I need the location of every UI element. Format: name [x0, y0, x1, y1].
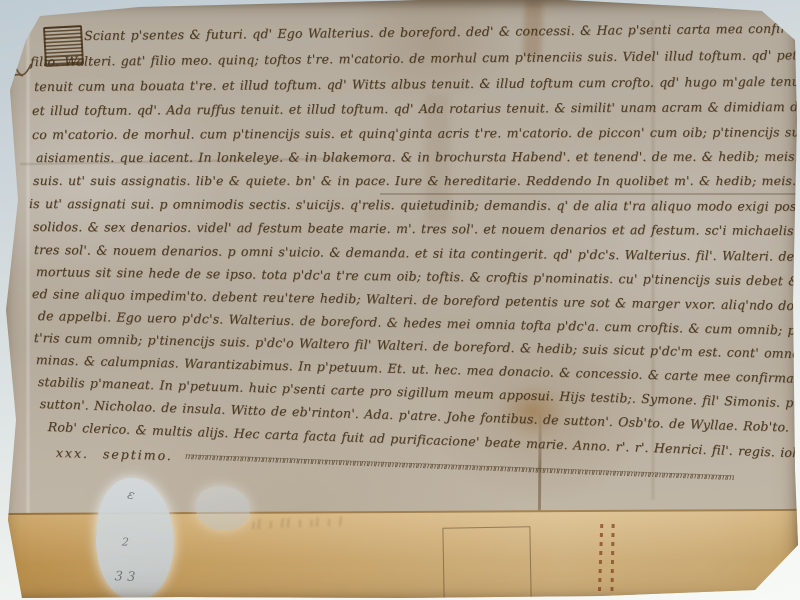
parchment-sheet: ıl ı ll ı ıl ı l ε 2 3 3 Sciant p'sentes… — [0, 0, 800, 600]
charter-text-line: solidos. & sex denarios. videl' ad festu… — [33, 221, 794, 237]
charter-date-line: xxx. septimo. — [56, 447, 173, 463]
charter-text-line: tres sol'. & nouem denarios. p omni s'ui… — [34, 244, 800, 264]
charter-text-line: tenuit cum una bouata t're. et illud tof… — [34, 76, 800, 94]
manuscript-text: Sciant p'sentes & futuri. qd' Ego Walter… — [0, 0, 800, 600]
charter-text-line: is ut' assignati sui. p omnimodis sectis… — [29, 198, 800, 213]
charter-text-line: et illud toftum. qd'. Ada ruffus tenuit.… — [32, 101, 800, 118]
line-filler-flourish: mmmmmmmmmmmmmmmmmmmmmmmmmmmmmmmmmmmmmmmm… — [185, 452, 734, 483]
charter-text-line: co m'catorio. de morhul. cum p'tinencijs… — [32, 126, 800, 141]
charter-photo: ıl ı ll ı ıl ı l ε 2 3 3 Sciant p'sentes… — [0, 0, 800, 600]
charter-text-line: filio. Walteri. gat' filio meo. quinq; t… — [30, 48, 800, 68]
charter-text-line: aisiamentis. que iacent. In lonkeleye. &… — [36, 151, 800, 165]
charter-text-line: suis. ut' suis assignatis. lib'e & quiet… — [33, 175, 800, 188]
charter-text-line: mortuus sit sine hede de se ipso. tota p… — [36, 266, 800, 288]
charter-text-line: Sciant p'sentes & futuri. qd' Ego Walter… — [84, 22, 800, 43]
